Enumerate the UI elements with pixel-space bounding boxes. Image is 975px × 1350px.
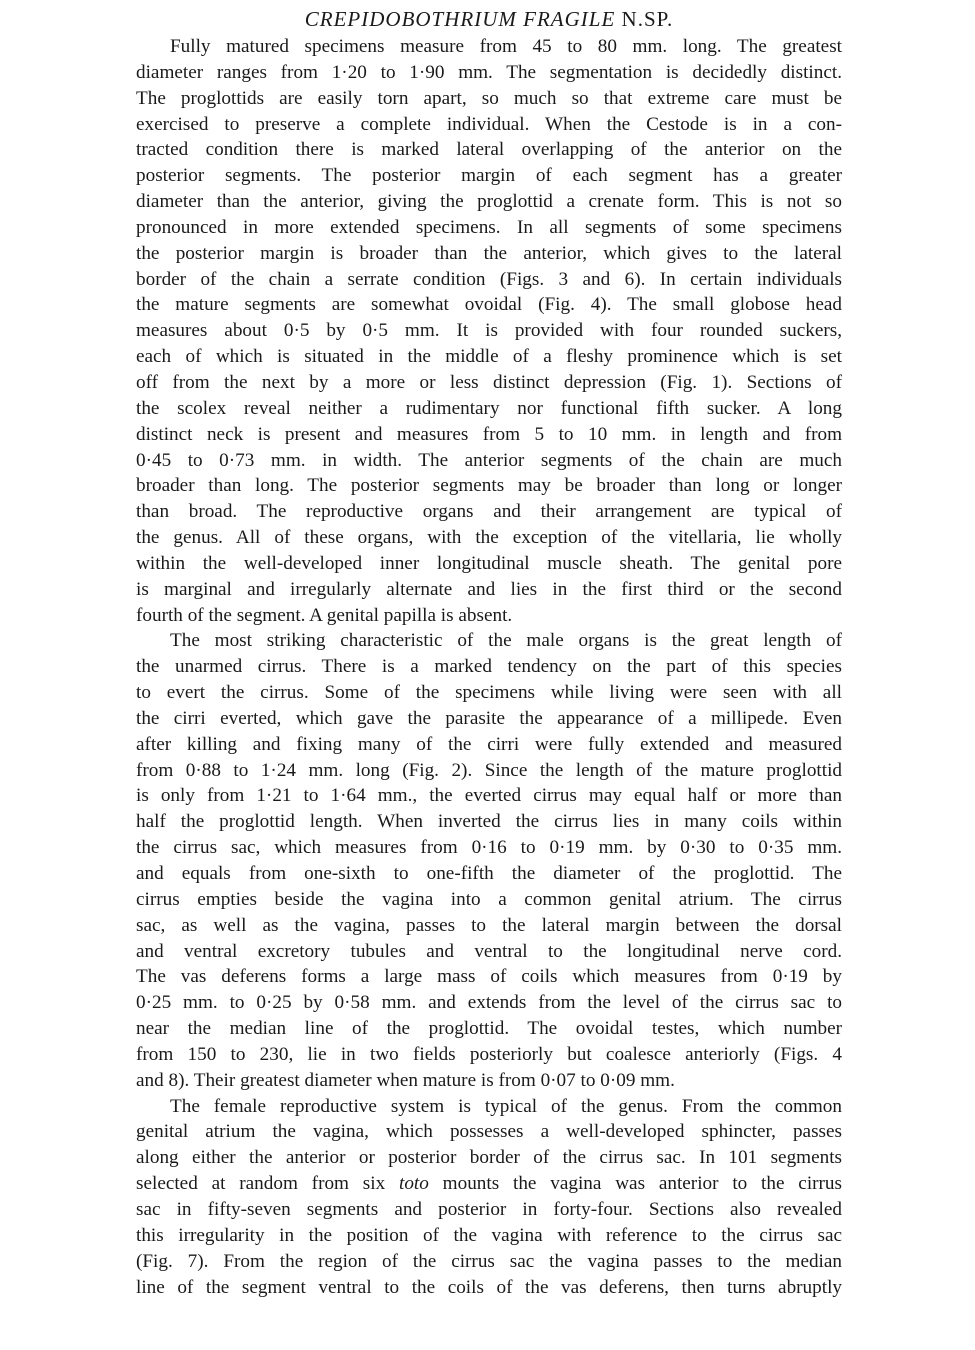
text-line: sac, as well as the vagina, passes to th… xyxy=(136,913,842,939)
text-line: from 150 to 230, lie in two fields poste… xyxy=(136,1042,842,1068)
text-line: near the median line of the proglottid. … xyxy=(136,1016,842,1042)
text-line: than broad. The reproductive organs and … xyxy=(136,499,842,525)
text-line: fourth of the segment. A genital papilla… xyxy=(136,603,842,629)
text-line: and ventral excretory tubules and ventra… xyxy=(136,939,842,965)
text-line: exercised to preserve a complete individ… xyxy=(136,112,842,138)
text-line: posterior segments. The posterior margin… xyxy=(136,163,842,189)
text-line: to evert the cirrus. Some of the specime… xyxy=(136,680,842,706)
text-line: The vas deferens forms a large mass of c… xyxy=(136,964,842,990)
text-line: this irregularity in the position of the… xyxy=(136,1223,842,1249)
text-line: cirrus empties beside the vagina into a … xyxy=(136,887,842,913)
text-line: tracted condition there is marked latera… xyxy=(136,137,842,163)
text-line: is marginal and irregularly alternate an… xyxy=(136,577,842,603)
species-suffix: N.SP. xyxy=(622,7,674,31)
text-line: from 0·88 to 1·24 mm. long (Fig. 2). Sin… xyxy=(136,758,842,784)
text-line: half the proglottid length. When inverte… xyxy=(136,809,842,835)
latin-term: toto xyxy=(399,1173,429,1194)
text-line: pronounced in more extended specimens. I… xyxy=(136,215,842,241)
text-line: within the well-developed inner longitud… xyxy=(136,551,842,577)
text-line: 0·25 mm. to 0·25 by 0·58 mm. and extends… xyxy=(136,990,842,1016)
text-line: the unarmed cirrus. There is a marked te… xyxy=(136,654,842,680)
text-line: and equals from one-sixth to one-fifth t… xyxy=(136,861,842,887)
text-line: sac in fifty-seven segments and posterio… xyxy=(136,1197,842,1223)
text-line: along either the anterior or posterior b… xyxy=(136,1145,842,1171)
text-line: The most striking characteristic of the … xyxy=(136,628,842,654)
text-line: the cirri everted, which gave the parasi… xyxy=(136,706,842,732)
document-page: CREPIDOBOTHRIUM FRAGILE N.SP. Fully matu… xyxy=(136,4,842,1300)
text-line: distinct neck is present and measures fr… xyxy=(136,422,842,448)
section-heading: CREPIDOBOTHRIUM FRAGILE N.SP. xyxy=(136,4,842,34)
text-line: border of the chain a serrate condition … xyxy=(136,267,842,293)
text-line: the cirrus sac, which measures from 0·16… xyxy=(136,835,842,861)
text-line: genital atrium the vagina, which possess… xyxy=(136,1119,842,1145)
text-line: after killing and fixing many of the cir… xyxy=(136,732,842,758)
text-line: is only from 1·21 to 1·64 mm., the evert… xyxy=(136,783,842,809)
text-line: the scolex reveal neither a rudimentary … xyxy=(136,396,842,422)
text-line: line of the segment ventral to the coils… xyxy=(136,1275,842,1301)
text-line: (Fig. 7). From the region of the cirrus … xyxy=(136,1249,842,1275)
paragraph-male-organs: The most striking characteristic of the … xyxy=(136,628,842,1093)
text-line: the mature segments are somewhat ovoidal… xyxy=(136,292,842,318)
text-line: off from the next by a more or less dist… xyxy=(136,370,842,396)
text-line: diameter ranges from 1·20 to 1·90 mm. Th… xyxy=(136,60,842,86)
text-line: diameter than the anterior, giving the p… xyxy=(136,189,842,215)
text-line: each of which is situated in the middle … xyxy=(136,344,842,370)
text-line: Fully matured specimens measure from 45 … xyxy=(136,34,842,60)
text-line: and 8). Their greatest diameter when mat… xyxy=(136,1068,842,1094)
species-name: CREPIDOBOTHRIUM FRAGILE xyxy=(305,7,616,31)
text-line: The proglottids are easily torn apart, s… xyxy=(136,86,842,112)
text-line: selected at random from six toto mounts … xyxy=(136,1171,842,1197)
text-line: the posterior margin is broader than the… xyxy=(136,241,842,267)
text-line: The female reproductive system is typica… xyxy=(136,1094,842,1120)
text-line: measures about 0·5 by 0·5 mm. It is prov… xyxy=(136,318,842,344)
paragraph-female-organs: The female reproductive system is typica… xyxy=(136,1094,842,1301)
text-line: broader than long. The posterior segment… xyxy=(136,473,842,499)
text-line: the genus. All of these organs, with the… xyxy=(136,525,842,551)
text-line: 0·45 to 0·73 mm. in width. The anterior … xyxy=(136,448,842,474)
paragraph-general-description: Fully matured specimens measure from 45 … xyxy=(136,34,842,628)
